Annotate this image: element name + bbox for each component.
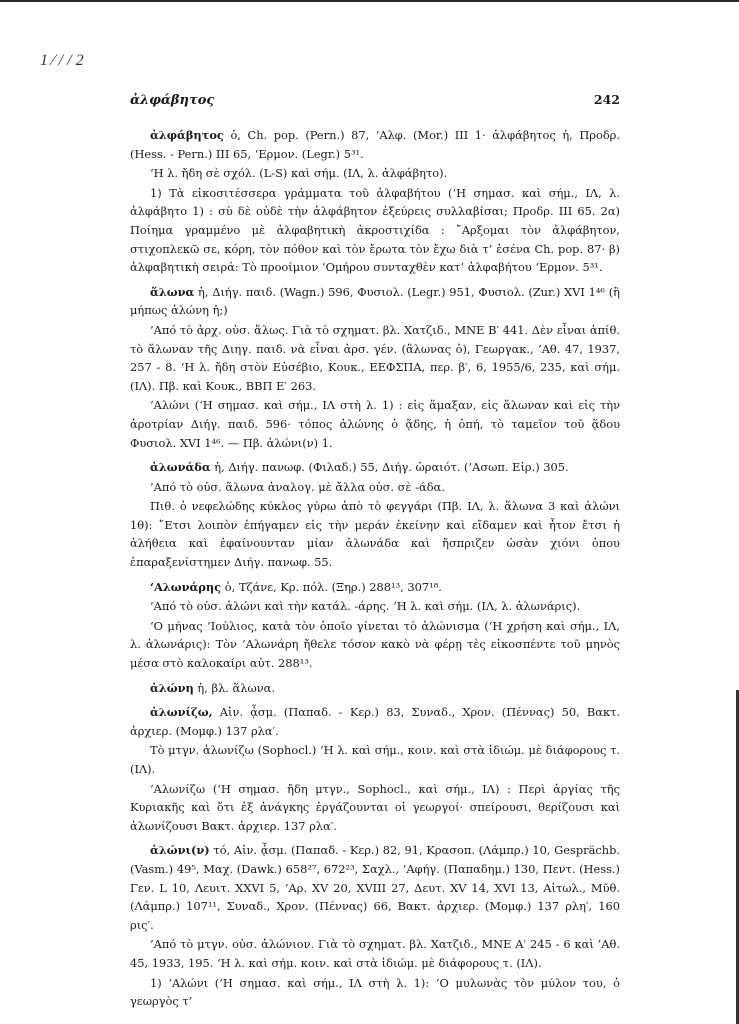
entry-aloni-fem: ἀλώνη ἡ, βλ. ἅλωνα. xyxy=(130,679,620,698)
lemma: ἀλώνι(ν) xyxy=(150,843,210,857)
entry-text: 1) ‘Αλώνι (‘Η σημασ. καὶ σήμ., ΙΛ στὴ λ.… xyxy=(130,974,620,1011)
entry-text: ὁ, Τζάνε, Κρ. πόλ. (Ξηρ.) 288¹³, 307¹⁸. xyxy=(225,580,442,594)
lemma: ἅλωνα xyxy=(150,285,194,299)
entry-text: 1) Τὰ εἰκοσιτέσσερα γράμματα τοῦ ἀλφαβήτ… xyxy=(130,184,620,277)
entry-aloni-neut: ἀλώνι(ν) τό, Αἰν. ᾆσμ. (Παπαδ. - Κερ.) 8… xyxy=(130,841,620,1010)
lemma: ἀλώνη xyxy=(150,681,194,695)
entry-alonizo: ἀλωνίζω, Αἰν. ᾆσμ. (Παπαδ. - Κερ.) 83, Σ… xyxy=(130,703,620,835)
lemma: ἀλωνάδα xyxy=(150,460,211,474)
entry-text: ‘Ο μήνας ’Ιούλιος, κατὰ τὸν ὁποῖο γίνετα… xyxy=(130,617,620,673)
lemma: ἀλφάβητος xyxy=(150,128,224,142)
entry-alfavitos: ἀλφάβητος ὁ, Ch. pop. (Pern.) 87, ’Αλφ. … xyxy=(130,126,620,277)
lemma: ἀλωνίζω, xyxy=(150,705,213,719)
entry-alonaris: ‘Αλωνάρης ὁ, Τζάνε, Κρ. πόλ. (Ξηρ.) 288¹… xyxy=(130,578,620,673)
entry-text: ’Από τὸ οὐσ. ἅλωνα ἀναλογ. μὲ ἄλλα οὐσ. … xyxy=(130,478,620,497)
page-number: 242 xyxy=(594,92,620,107)
entry-alonada: ἀλωνάδα ἡ, Διήγ. πανωφ. (Φιλαδ.) 55, Διή… xyxy=(130,458,620,572)
entry-text: ’Από τὸ ἀρχ. οὐσ. ἅλως. Γιὰ τὸ σχηματ. β… xyxy=(130,321,620,395)
entry-text: ἡ, Διήγ. πανωφ. (Φιλαδ.) 55, Διήγ. ὡραιό… xyxy=(214,460,568,474)
entry-text: Τὸ μτγν. ἀλωνίζω (Sophocl.) ‘Η λ. καὶ σή… xyxy=(130,741,620,778)
handwritten-mark: 1⁄//2 xyxy=(40,52,88,70)
entry-text: ‘Αλώνι (‘Η σημασ. καὶ σήμ., ΙΛ στὴ λ. 1)… xyxy=(130,396,620,452)
entry-text: ἡ, βλ. ἅλωνα. xyxy=(197,681,275,695)
entry-text: ἡ, Διήγ. παιδ. (Wagn.) 596, Φυσιολ. (Leg… xyxy=(130,285,620,318)
entry-text: ‘Η λ. ἤδη σὲ σχόλ. (L-S) καὶ σήμ. (ΙΛ, λ… xyxy=(130,164,620,183)
entry-text: ’Από τὸ οὐσ. ἀλώνι καὶ τὴν κατάλ. -άρης.… xyxy=(130,597,620,616)
entry-alona: ἅλωνα ἡ, Διήγ. παιδ. (Wagn.) 596, Φυσιολ… xyxy=(130,283,620,452)
running-head: ἀλφάβητος 242 xyxy=(130,92,620,108)
lemma: ‘Αλωνάρης xyxy=(150,580,221,594)
entry-text: Πιθ. ὁ νεφελώδης κύκλος γύρω ἀπὸ τὸ φεγγ… xyxy=(130,497,620,571)
entry-text: ’Από τὸ μτγν. οὐσ. ἀλώνιον. Γιὰ τὸ σχημα… xyxy=(130,935,620,972)
running-head-word: ἀλφάβητος xyxy=(130,93,214,108)
entry-text: ‘Αλωνίζω (‘Η σημασ. ἤδη μτγν., Sophocl.,… xyxy=(130,780,620,836)
dictionary-body: ἀλφάβητος ὁ, Ch. pop. (Pern.) 87, ’Αλφ. … xyxy=(130,126,620,1017)
scan-top-edge xyxy=(0,0,739,2)
